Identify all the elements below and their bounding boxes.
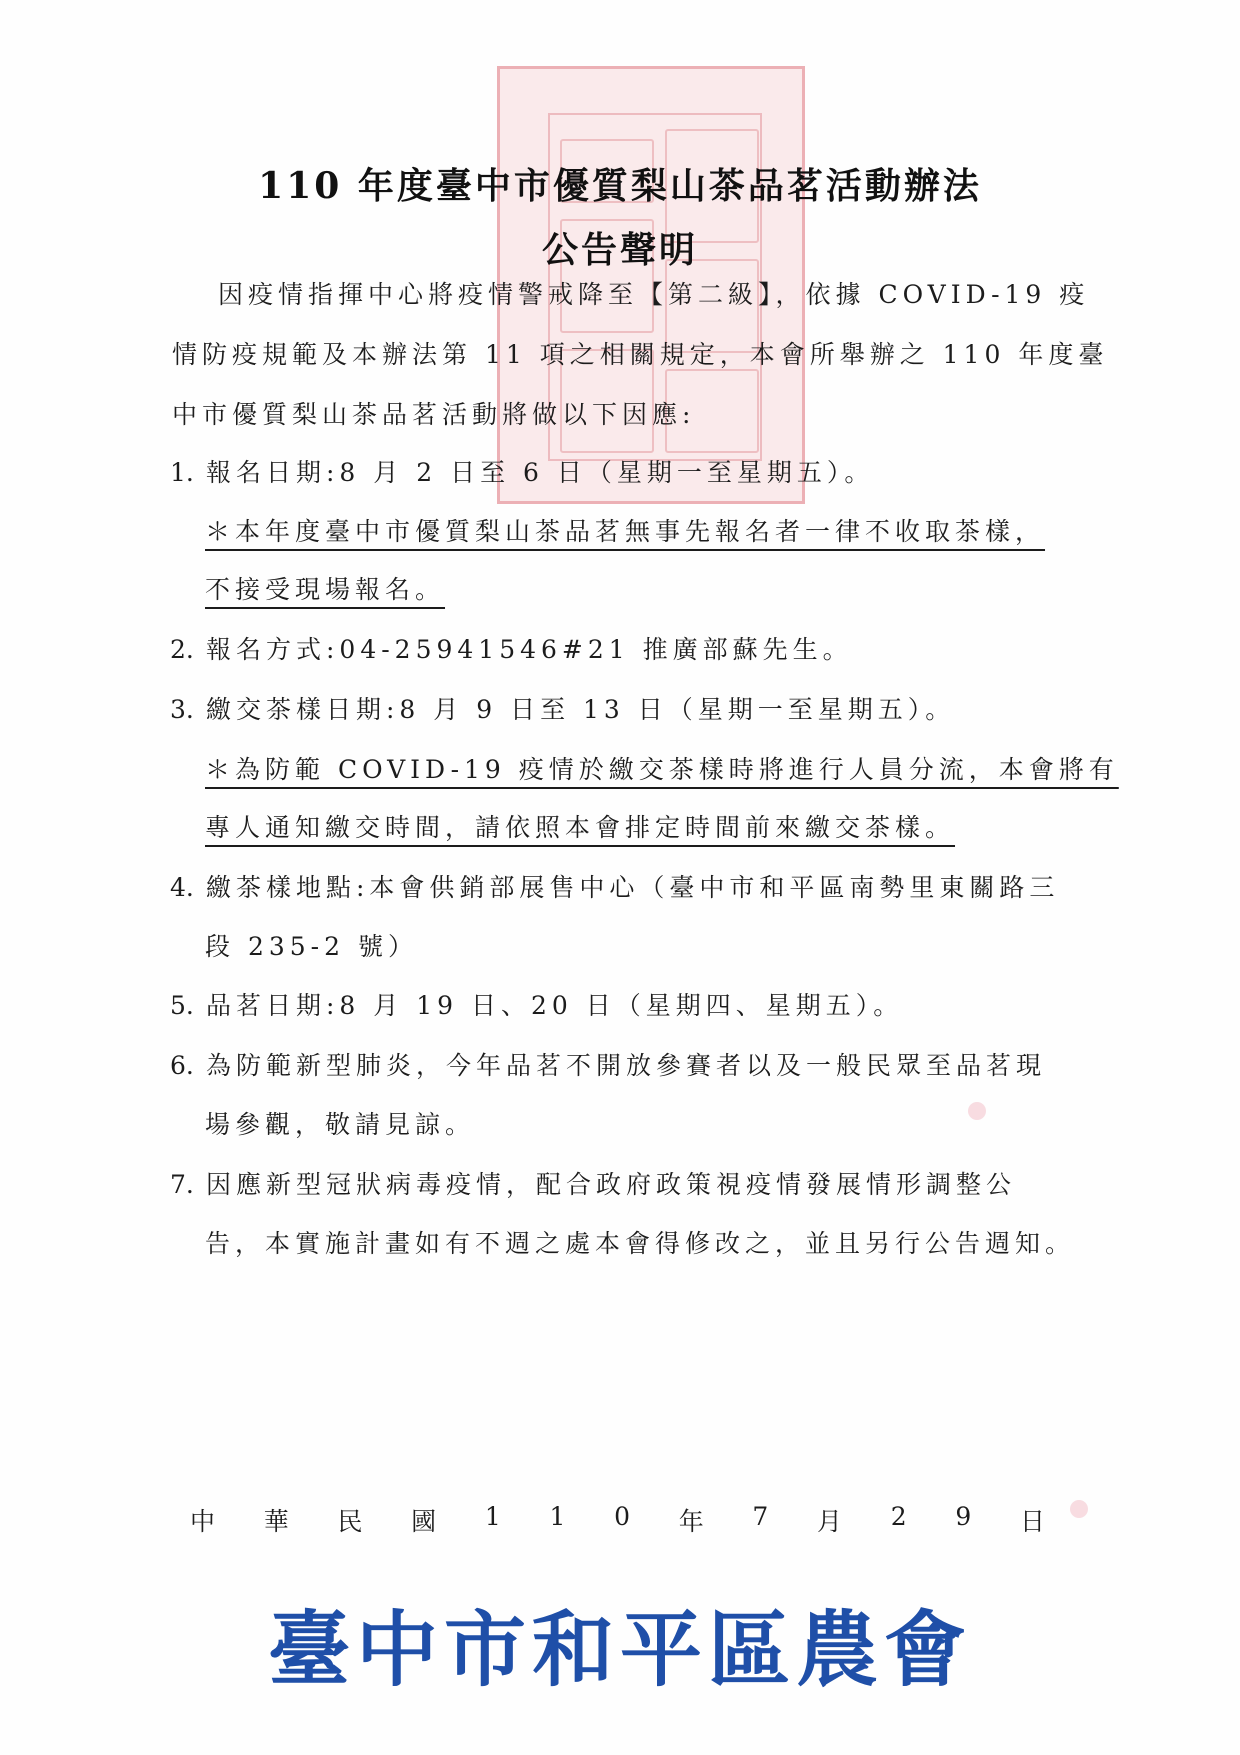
date-char: 9 bbox=[955, 1502, 971, 1538]
item-text: 繳茶樣地點:本會供銷部展售中心（臺中市和平區南勢里東關路三 bbox=[206, 873, 1059, 902]
document-subtitle: 公告聲明 bbox=[0, 222, 1240, 273]
item-text: 為防範新型肺炎，今年品茗不開放參賽者以及一般民眾至品茗現 bbox=[206, 1051, 1046, 1080]
date-char: 日 bbox=[1020, 1502, 1045, 1538]
item-note-underlined: 不接受現場報名。 bbox=[205, 570, 445, 606]
date-char: 0 bbox=[614, 1502, 630, 1538]
item-number: 1. bbox=[170, 458, 206, 487]
date-char: 1 bbox=[549, 1502, 565, 1538]
item-note-underlined: ＊本年度臺中市優質梨山茶品茗無事先報名者一律不收取茶樣， bbox=[205, 512, 1045, 548]
document-date: 中 華 民 國 1 1 0 年 7 月 2 9 日 bbox=[190, 1502, 1045, 1538]
date-char: 1 bbox=[485, 1502, 501, 1538]
date-char: 月 bbox=[817, 1502, 842, 1538]
list-item-7: 7.因應新型冠狀病毒疫情，配合政府政策視疫情發展情形調整公 bbox=[170, 1165, 1016, 1201]
item-note-underlined: ＊為防範 COVID-19 疫情於繳交茶樣時將進行人員分流，本會將有 bbox=[205, 750, 1119, 786]
item-number: 7. bbox=[170, 1170, 206, 1199]
list-item-6: 6.為防範新型肺炎，今年品茗不開放參賽者以及一般民眾至品茗現 bbox=[170, 1046, 1046, 1082]
item-text: 品茗日期:8 月 19 日、20 日（星期四、星期五）。 bbox=[206, 991, 903, 1020]
list-item-3: 3.繳交茶樣日期:8 月 9 日至 13 日（星期一至星期五）。 bbox=[170, 690, 955, 726]
item-number: 3. bbox=[170, 695, 206, 724]
item-continuation: 段 235-2 號） bbox=[205, 927, 418, 963]
list-item-2: 2.報名方式:04-25941546#21 推廣部蘇先生。 bbox=[170, 630, 853, 666]
scan-artifact bbox=[1070, 1500, 1088, 1518]
list-item-4: 4.繳茶樣地點:本會供銷部展售中心（臺中市和平區南勢里東關路三 bbox=[170, 868, 1059, 904]
item-number: 5. bbox=[170, 991, 206, 1020]
date-char: 民 bbox=[337, 1502, 362, 1538]
document-page: 110 年度臺中市優質梨山茶品茗活動辦法 公告聲明 因疫情指揮中心將疫情警戒降至… bbox=[0, 0, 1240, 1755]
date-char: 2 bbox=[891, 1502, 907, 1538]
intro-line: 情防疫規範及本辦法第 11 項之相關規定，本會所舉辦之 110 年度臺 bbox=[172, 335, 1108, 371]
item-text: 報名日期:8 月 2 日至 6 日（星期一至星期五）。 bbox=[206, 458, 874, 487]
item-text: 繳交茶樣日期:8 月 9 日至 13 日（星期一至星期五）。 bbox=[206, 695, 955, 724]
item-number: 2. bbox=[170, 635, 206, 664]
date-char: 中 bbox=[190, 1502, 215, 1538]
item-continuation: 告，本實施計畫如有不週之處本會得修改之，並且另行公告週知。 bbox=[205, 1224, 1075, 1260]
item-continuation: 場參觀，敬請見諒。 bbox=[205, 1105, 475, 1141]
document-title: 110 年度臺中市優質梨山茶品茗活動辦法 bbox=[0, 158, 1240, 209]
intro-line: 因疫情指揮中心將疫情警戒降至【第二級】，依據 COVID-19 疫 bbox=[218, 275, 1089, 311]
item-note-underlined: 專人通知繳交時間，請依照本會排定時間前來繳交茶樣。 bbox=[205, 808, 955, 844]
scan-artifact bbox=[968, 1102, 986, 1120]
date-char: 華 bbox=[264, 1502, 289, 1538]
item-number: 4. bbox=[170, 873, 206, 902]
list-item-1: 1.報名日期:8 月 2 日至 6 日（星期一至星期五）。 bbox=[170, 453, 874, 489]
date-char: 7 bbox=[752, 1502, 768, 1538]
intro-line: 中市優質梨山茶品茗活動將做以下因應: bbox=[172, 395, 695, 431]
date-char: 國 bbox=[411, 1502, 436, 1538]
date-char: 年 bbox=[679, 1502, 704, 1538]
item-number: 6. bbox=[170, 1051, 206, 1080]
item-text: 報名方式:04-25941546#21 推廣部蘇先生。 bbox=[206, 635, 853, 664]
list-item-5: 5.品茗日期:8 月 19 日、20 日（星期四、星期五）。 bbox=[170, 986, 903, 1022]
organization-stamp: 臺中市和平區農會 bbox=[0, 1585, 1240, 1702]
item-text: 因應新型冠狀病毒疫情，配合政府政策視疫情發展情形調整公 bbox=[206, 1170, 1016, 1199]
